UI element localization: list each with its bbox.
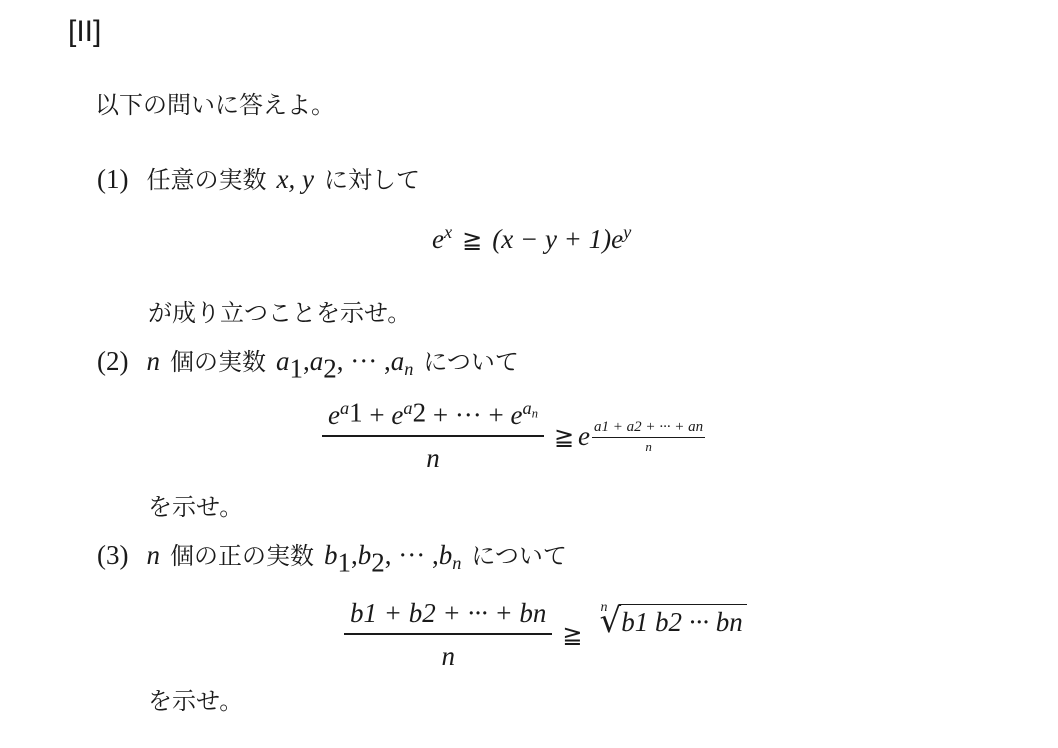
problem-3-formula: b1 + b2 + ··· + bn n ≧ n √ b1 b2 ··· bn bbox=[344, 598, 747, 672]
formula-rhs-paren: (x − y + 1) bbox=[492, 224, 611, 255]
problem-1-conclusion: が成り立つことを示せ。 bbox=[148, 298, 411, 328]
geq-symbol: ≧ bbox=[554, 423, 574, 451]
problem-1-variables: x, y bbox=[276, 164, 313, 195]
exponent-fraction: a1 + a2 + ··· + an n bbox=[592, 419, 705, 455]
problem-2-number: (2) bbox=[97, 346, 128, 377]
exponent-numerator: a1 + a2 + ··· + an bbox=[592, 419, 705, 437]
problem-3-suffix: について bbox=[471, 541, 567, 571]
problem-1-number: (1) bbox=[97, 164, 128, 195]
problem-1-formula: ex ≧ (x − y + 1) ey bbox=[432, 224, 631, 255]
fraction-numerator: b1 + b2 + ··· + bn bbox=[344, 598, 552, 633]
fraction-denominator: n bbox=[426, 437, 440, 474]
problem-3-sequence: b1,b2, ··· ,bn bbox=[324, 540, 461, 571]
nth-root: n √ b1 b2 ··· bn bbox=[593, 604, 747, 638]
root-index: n bbox=[601, 600, 608, 616]
formula-fraction: b1 + b2 + ··· + bn n bbox=[344, 598, 552, 672]
problem-2-count-var: n bbox=[146, 346, 160, 377]
radicand: b1 b2 ··· bn bbox=[619, 604, 747, 638]
formula-lhs: ex bbox=[432, 224, 452, 255]
problem-2-suffix: について bbox=[423, 347, 519, 377]
formula-fraction: ea1 + ea2 + ··· + ean n bbox=[322, 400, 544, 474]
section-label: [II] bbox=[68, 14, 101, 50]
problem-2-conclusion: を示せ。 bbox=[148, 492, 243, 522]
problem-3-number: (3) bbox=[97, 540, 128, 571]
geq-symbol: ≧ bbox=[562, 621, 582, 649]
fraction-denominator: n bbox=[441, 635, 455, 672]
formula-rhs-exp: ey bbox=[611, 224, 631, 255]
problem-3-conclusion: を示せ。 bbox=[148, 686, 243, 716]
geq-symbol: ≧ bbox=[462, 226, 482, 254]
exponent-denominator: n bbox=[645, 438, 652, 455]
problem-2-sequence: a1,a2, ··· ,an bbox=[276, 346, 413, 377]
intro-text: 以下の問いに答えよ。 bbox=[95, 90, 335, 120]
problem-1-lead: 任意の実数 bbox=[146, 165, 266, 195]
problem-2-statement: (2) n 個の実数 a1,a2, ··· ,an について bbox=[97, 346, 519, 377]
problem-3-lead: 個の正の実数 bbox=[170, 541, 314, 571]
problem-1-suffix: に対して bbox=[324, 165, 420, 195]
problem-2-lead: 個の実数 bbox=[170, 347, 266, 377]
fraction-numerator: ea1 + ea2 + ··· + ean bbox=[322, 400, 544, 435]
problem-3-count-var: n bbox=[146, 540, 160, 571]
problem-2-formula: ea1 + ea2 + ··· + ean n ≧ e a1 + a2 + ··… bbox=[322, 400, 705, 474]
problem-1-statement: (1) 任意の実数 x, y に対して bbox=[97, 164, 420, 195]
problem-3-statement: (3) n 個の正の実数 b1,b2, ··· ,bn について bbox=[97, 540, 567, 571]
exp-base: e bbox=[578, 421, 590, 452]
